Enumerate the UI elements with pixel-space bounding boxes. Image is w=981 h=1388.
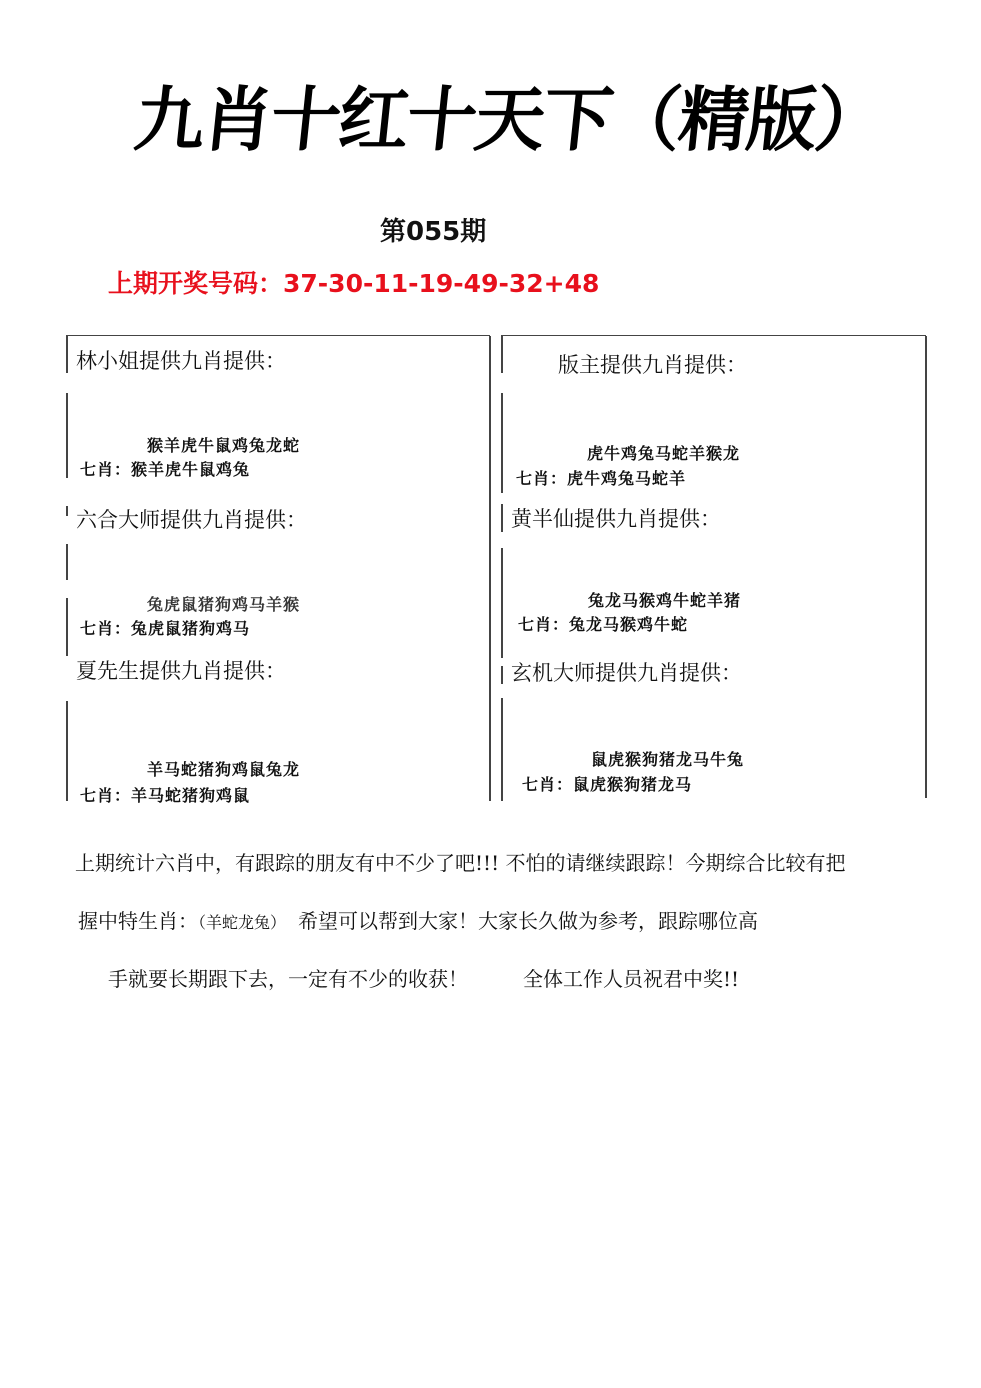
provider-header: 林小姐提供九肖提供： — [76, 347, 286, 375]
seven-zodiac-list: 兔龙马猴鸡牛蛇 — [569, 615, 688, 634]
border-segment — [489, 336, 491, 801]
summary-line-2: 握中特生肖：（羊蛇龙兔） 希望可以帮到大家！大家长久做为参考，跟踪哪位高 — [78, 906, 895, 964]
provider-header: 夏先生提供九肖提供： — [76, 657, 286, 685]
special-zodiac-pick: （羊蛇龙兔） — [198, 913, 278, 932]
summary-text: 上期统计六肖中，有跟踪的朋友有中不少了吧!!! 不怕的请继续跟踪！今期综合比较有… — [75, 851, 845, 875]
seven-zodiac-list: 羊马蛇猪狗鸡鼠 — [131, 786, 250, 805]
nine-zodiac-list: 虎牛鸡兔马蛇羊猴龙 — [587, 443, 740, 465]
summary-text: 握中特生肖： — [78, 909, 198, 933]
border-segment — [925, 336, 927, 798]
summary-text: 希望可以帮到大家！大家长久做为参考，跟踪哪位高 — [278, 909, 758, 933]
border-segment — [66, 336, 68, 373]
seven-zodiac-line: 七肖：猴羊虎牛鼠鸡兔 — [80, 459, 250, 481]
summary-paragraph: 上期统计六肖中，有跟踪的朋友有中不少了吧!!! 不怕的请继续跟踪！今期综合比较有… — [75, 848, 895, 1022]
seven-label: 七肖： — [80, 786, 131, 805]
seven-zodiac-line: 七肖：兔龙马猴鸡牛蛇 — [518, 614, 688, 636]
left-predictions-box: 林小姐提供九肖提供： 猴羊虎牛鼠鸡兔龙蛇 七肖：猴羊虎牛鼠鸡兔 六合大师提供九肖… — [66, 335, 490, 801]
summary-line-1: 上期统计六肖中，有跟踪的朋友有中不少了吧!!! 不怕的请继续跟踪！今期综合比较有… — [75, 848, 895, 906]
page-title-banner: 九肖十红十天下（精版） — [131, 78, 820, 162]
right-predictions-box: 版主提供九肖提供： 虎牛鸡兔马蛇羊猴龙 七肖：虎牛鸡兔马蛇羊 黄半仙提供九肖提供… — [501, 335, 926, 801]
seven-label: 七肖： — [80, 460, 131, 479]
border-segment — [501, 393, 503, 493]
seven-zodiac-list: 鼠虎猴狗猪龙马 — [573, 775, 692, 794]
seven-zodiac-line: 七肖：虎牛鸡兔马蛇羊 — [516, 468, 686, 490]
seven-label: 七肖： — [518, 615, 569, 634]
border-segment — [66, 544, 68, 580]
summary-line-3: 手就要长期跟下去，一定有不少的收获！全体工作人员祝君中奖!! — [108, 964, 895, 1022]
border-segment — [66, 598, 68, 656]
border-segment — [501, 504, 503, 532]
seven-label: 七肖： — [516, 469, 567, 488]
nine-zodiac-list: 兔龙马猴鸡牛蛇羊猪 — [588, 590, 741, 612]
seven-zodiac-line: 七肖：羊马蛇猪狗鸡鼠 — [80, 785, 250, 807]
provider-header: 六合大师提供九肖提供： — [76, 506, 307, 534]
issue-number: 第055期 — [380, 214, 486, 250]
border-segment — [501, 666, 503, 684]
last-draw-line: 上期开奖号码：37-30-11-19-49-32+48 — [108, 266, 599, 302]
seven-zodiac-line: 七肖：鼠虎猴狗猪龙马 — [522, 774, 692, 796]
nine-zodiac-list: 猴羊虎牛鼠鸡兔龙蛇 — [147, 435, 300, 457]
border-segment — [501, 698, 503, 801]
border-segment — [501, 336, 503, 373]
border-segment — [66, 393, 68, 478]
provider-header: 版主提供九肖提供： — [558, 351, 747, 379]
border-segment — [66, 701, 68, 801]
seven-zodiac-list: 虎牛鸡兔马蛇羊 — [567, 469, 686, 488]
closing-wish: 全体工作人员祝君中奖!! — [523, 967, 739, 991]
nine-zodiac-list: 羊马蛇猪狗鸡鼠兔龙 — [147, 759, 300, 781]
summary-text: 手就要长期跟下去，一定有不少的收获！ — [108, 967, 468, 991]
provider-header: 黄半仙提供九肖提供： — [511, 505, 721, 533]
provider-header: 玄机大师提供九肖提供： — [511, 659, 742, 687]
nine-zodiac-list: 兔虎鼠猪狗鸡马羊猴 — [147, 594, 300, 616]
border-segment — [66, 506, 68, 516]
seven-label: 七肖： — [522, 775, 573, 794]
seven-zodiac-list: 猴羊虎牛鼠鸡兔 — [131, 460, 250, 479]
seven-zodiac-line: 七肖：兔虎鼠猪狗鸡马 — [80, 618, 250, 640]
seven-label: 七肖： — [80, 619, 131, 638]
border-segment — [501, 548, 503, 658]
last-draw-numbers: 37-30-11-19-49-32+48 — [283, 269, 599, 298]
last-draw-label: 上期开奖号码： — [108, 269, 283, 298]
seven-zodiac-list: 兔虎鼠猪狗鸡马 — [131, 619, 250, 638]
nine-zodiac-list: 鼠虎猴狗猪龙马牛兔 — [591, 749, 744, 771]
